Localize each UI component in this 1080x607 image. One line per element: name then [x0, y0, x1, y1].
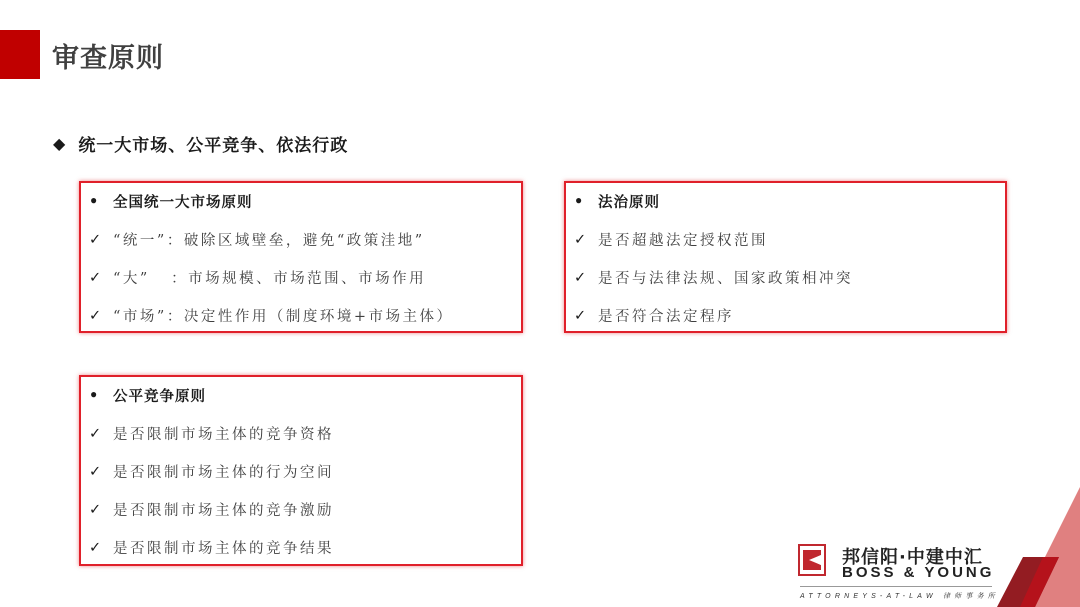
logo-tagline: ATTORNEYS-AT-LAW 律师事务所	[800, 591, 999, 601]
logo-mark-icon	[798, 544, 826, 576]
logo-divider	[800, 586, 992, 587]
logo-name-en: BOSS & YOUNG	[842, 564, 994, 581]
decorative-red-shapes	[0, 0, 1080, 607]
